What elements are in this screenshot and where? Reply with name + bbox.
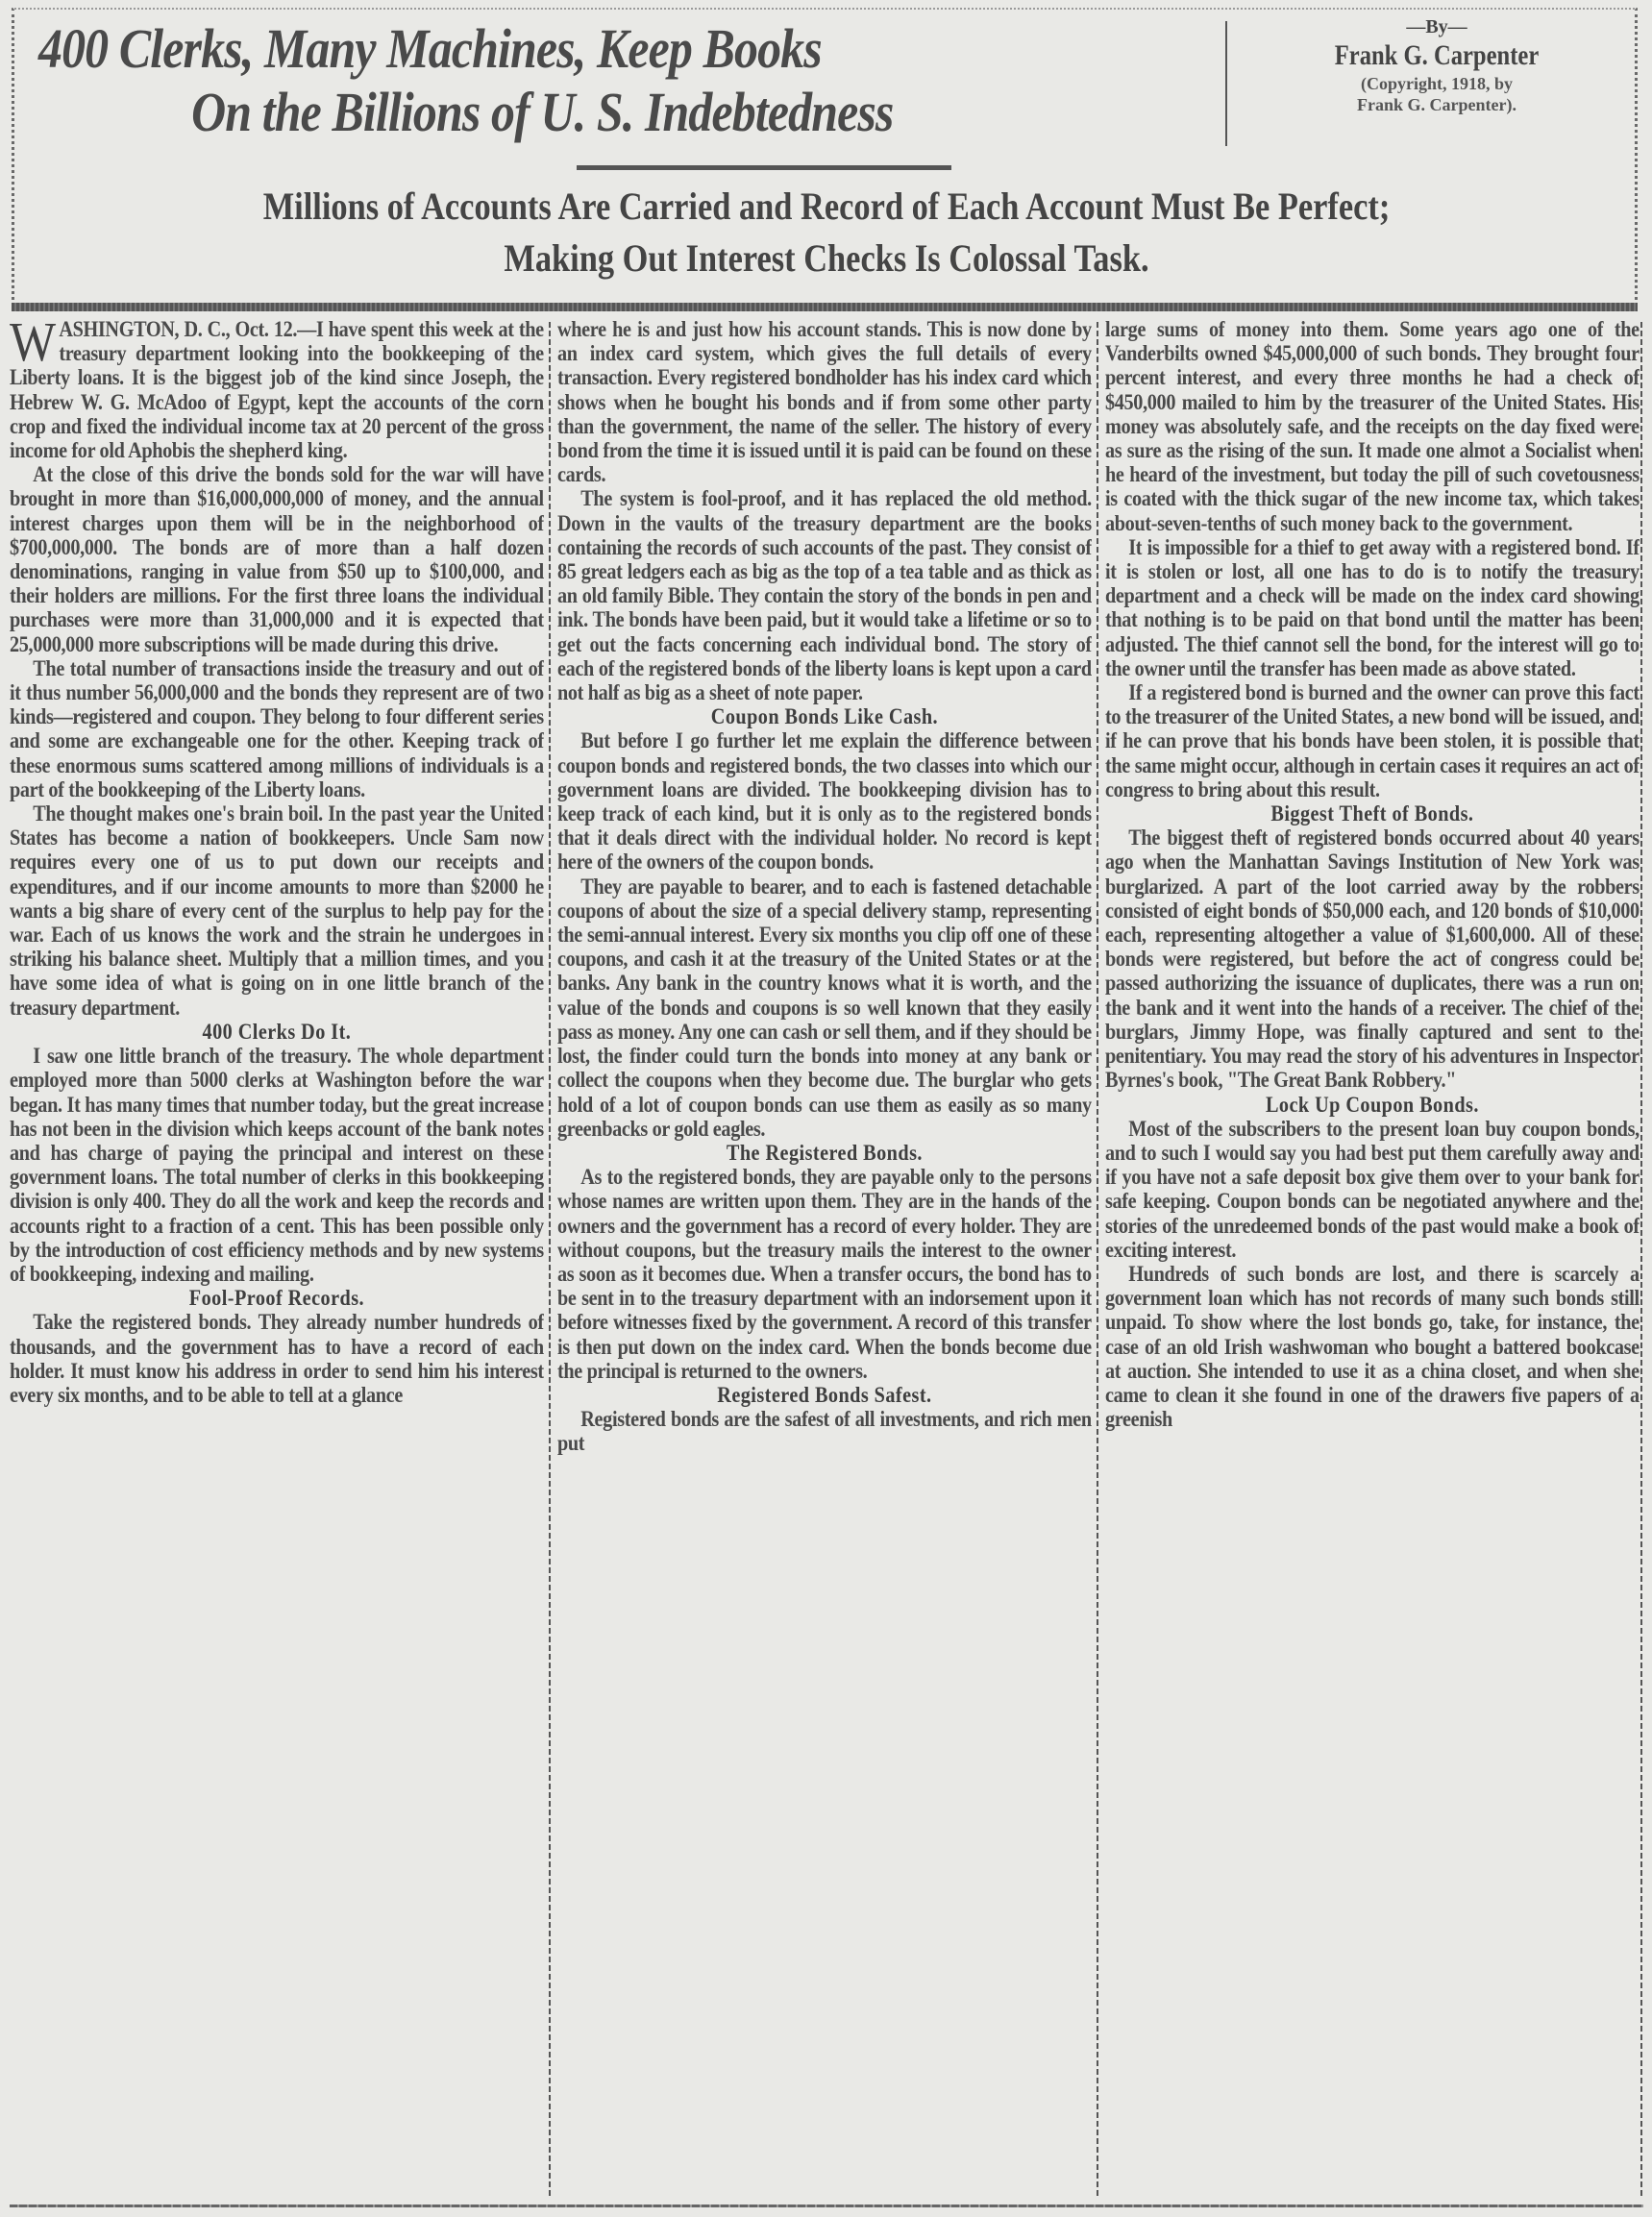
paragraph: They are payable to bearer, and to each … <box>557 874 1092 1141</box>
headline-line-1: 400 Clerks, Many Machines, Keep Books <box>38 17 1047 81</box>
paragraph: Registered bonds are the safest of all i… <box>557 1407 1092 1455</box>
headline-line-2: On the Billions of U. S. Indebtedness <box>38 81 1047 144</box>
drop-cap: W <box>10 319 56 365</box>
deck-line-1: Millions of Accounts Are Carried and Rec… <box>140 181 1513 233</box>
paragraph: Hundreds of such bonds are lost, and the… <box>1105 1262 1640 1431</box>
byline-copyright-2: Frank G. Carpenter). <box>1245 94 1629 115</box>
paragraph: As to the registered bonds, they are pay… <box>557 1165 1092 1383</box>
paragraph: Take the registered bonds. They already … <box>10 1310 544 1407</box>
paragraph: If a registered bond is burned and the o… <box>1105 680 1640 801</box>
subheading: 400 Clerks Do It. <box>10 1020 544 1044</box>
paragraph: The biggest theft of registered bonds oc… <box>1105 825 1640 1092</box>
paragraph: The thought makes one's brain boil. In t… <box>10 801 544 1020</box>
header-rule <box>12 303 1638 311</box>
byline-author: Frank G. Carpenter <box>1279 38 1594 73</box>
paragraph: It is impossible for a thief to get away… <box>1105 535 1640 680</box>
paragraph: where he is and just how his account sta… <box>557 317 1092 486</box>
byline-copyright-1: (Copyright, 1918, by <box>1245 73 1629 94</box>
subheading: Lock Up Coupon Bonds. <box>1105 1093 1640 1117</box>
paragraph: At the close of this drive the bonds sol… <box>10 462 544 656</box>
headline-rule <box>577 165 951 170</box>
paragraph: The total number of transactions inside … <box>10 656 544 801</box>
subheading: The Registered Bonds. <box>557 1141 1092 1165</box>
subheading: Biggest Theft of Bonds. <box>1105 801 1640 825</box>
newspaper-page: 400 Clerks, Many Machines, Keep Books On… <box>0 0 1652 2217</box>
paragraph: The system is fool-proof, and it has rep… <box>557 486 1092 704</box>
paragraph: WASHINGTON, D. C., Oct. 12.—I have spent… <box>10 317 544 462</box>
subheading: Fool-Proof Records. <box>10 1286 544 1310</box>
byline: —By— Frank G. Carpenter (Copyright, 1918… <box>1245 15 1629 115</box>
paragraph: Most of the subscribers to the present l… <box>1105 1117 1640 1262</box>
column-2: where he is and just how his account sta… <box>557 317 1092 2201</box>
column-1: WASHINGTON, D. C., Oct. 12.—I have spent… <box>10 317 544 2201</box>
deck-line-2: Making Out Interest Checks Is Colossal T… <box>140 233 1513 284</box>
footer-rule <box>10 2205 1643 2207</box>
paragraph: But before I go further let me explain t… <box>557 728 1092 874</box>
article-body: WASHINGTON, D. C., Oct. 12.—I have spent… <box>10 317 1643 2201</box>
column-3: large sums of money into them. Some year… <box>1105 317 1640 2201</box>
deck-headline: Millions of Accounts Are Carried and Rec… <box>140 181 1513 284</box>
paragraph: I saw one little branch of the treasury.… <box>10 1044 544 1286</box>
subheading: Coupon Bonds Like Cash. <box>557 704 1092 728</box>
headline-divider <box>1225 21 1227 146</box>
paragraph: large sums of money into them. Some year… <box>1105 317 1640 535</box>
main-headline: 400 Clerks, Many Machines, Keep Books On… <box>38 17 1047 144</box>
byline-by: —By— <box>1245 15 1629 38</box>
subheading: Registered Bonds Safest. <box>557 1383 1092 1407</box>
